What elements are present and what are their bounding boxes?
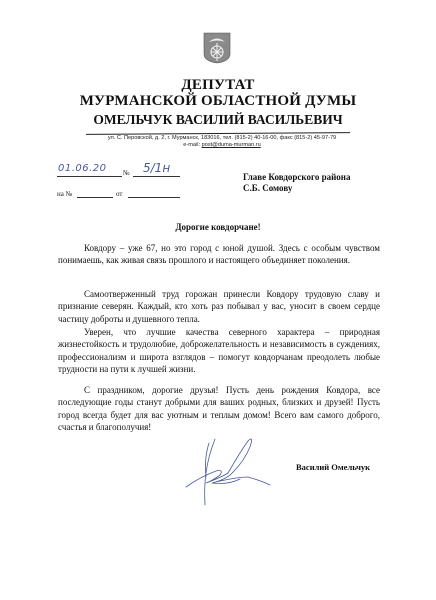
deputy-name: ОМЕЛЬЧУК ВАСИЛИЙ ВАСИЛЬЕВИЧ (0, 112, 436, 127)
body-paragraph: Уверен, что лучшие качества северного ха… (58, 326, 380, 376)
signatory-name: Василий Омельчук (296, 462, 370, 472)
letterhead-email-line: e-mail: post@duma-murman.ru (4, 142, 436, 149)
addressee-name: С.Б. Сомову (243, 183, 292, 194)
handwritten-signature-icon (182, 437, 272, 507)
reply-date-label: от (116, 190, 122, 198)
date-underline (57, 176, 122, 177)
letterhead-subtitle: МУРМАНСКОЙ ОБЛАСТНОЙ ДУМЫ (0, 93, 436, 109)
reply-number-underline (77, 197, 113, 198)
addressee-title: Главе Ковдорского района (243, 172, 350, 183)
letterhead-title: ДЕПУТАТ (0, 77, 436, 93)
body-paragraph: Ковдору – уже 67, но это город с юной ду… (58, 242, 380, 267)
letterhead-address: ул. С. Перовской, д. 2, г. Мурманск, 183… (4, 135, 436, 142)
email-label: e-mail: (183, 142, 201, 148)
outgoing-date: 01.06.20 (58, 163, 107, 174)
number-underline (133, 176, 180, 177)
number-label: № (123, 169, 130, 177)
salutation: Дорогие ковдорчане! (0, 222, 436, 232)
outgoing-number: 5/1н (143, 161, 170, 175)
reply-number-label: на № (57, 190, 72, 198)
body-paragraph: Самоотверженный труд горожан принесли Ко… (58, 288, 380, 325)
body-paragraph: С праздником, дорогие друзья! Пусть день… (58, 384, 380, 434)
coat-of-arms-icon (203, 32, 231, 64)
email-link[interactable]: post@duma-murman.ru (202, 142, 261, 148)
reply-date-underline (128, 197, 180, 198)
